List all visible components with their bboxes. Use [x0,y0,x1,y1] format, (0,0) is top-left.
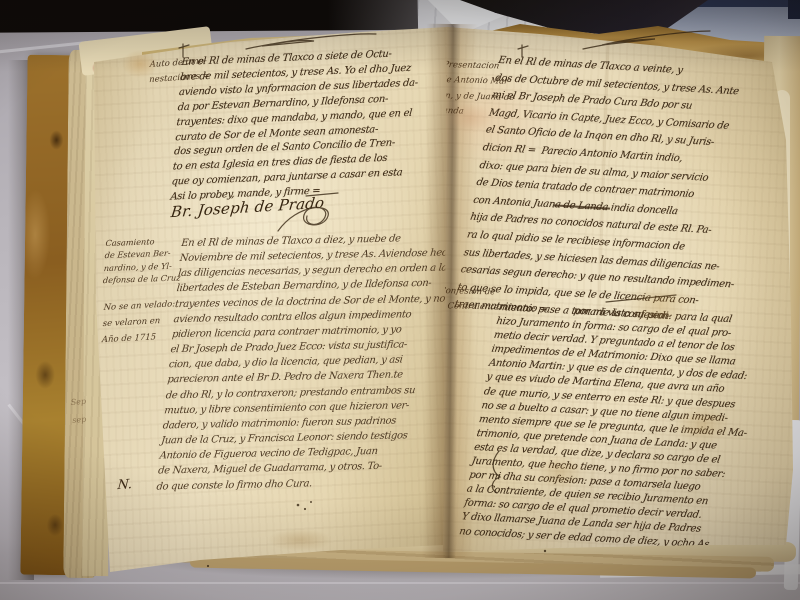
vignette [0,0,800,600]
photo-of-open-manuscript-book: Sepsep Auto de amo-nestaciones = En el R… [0,0,800,600]
